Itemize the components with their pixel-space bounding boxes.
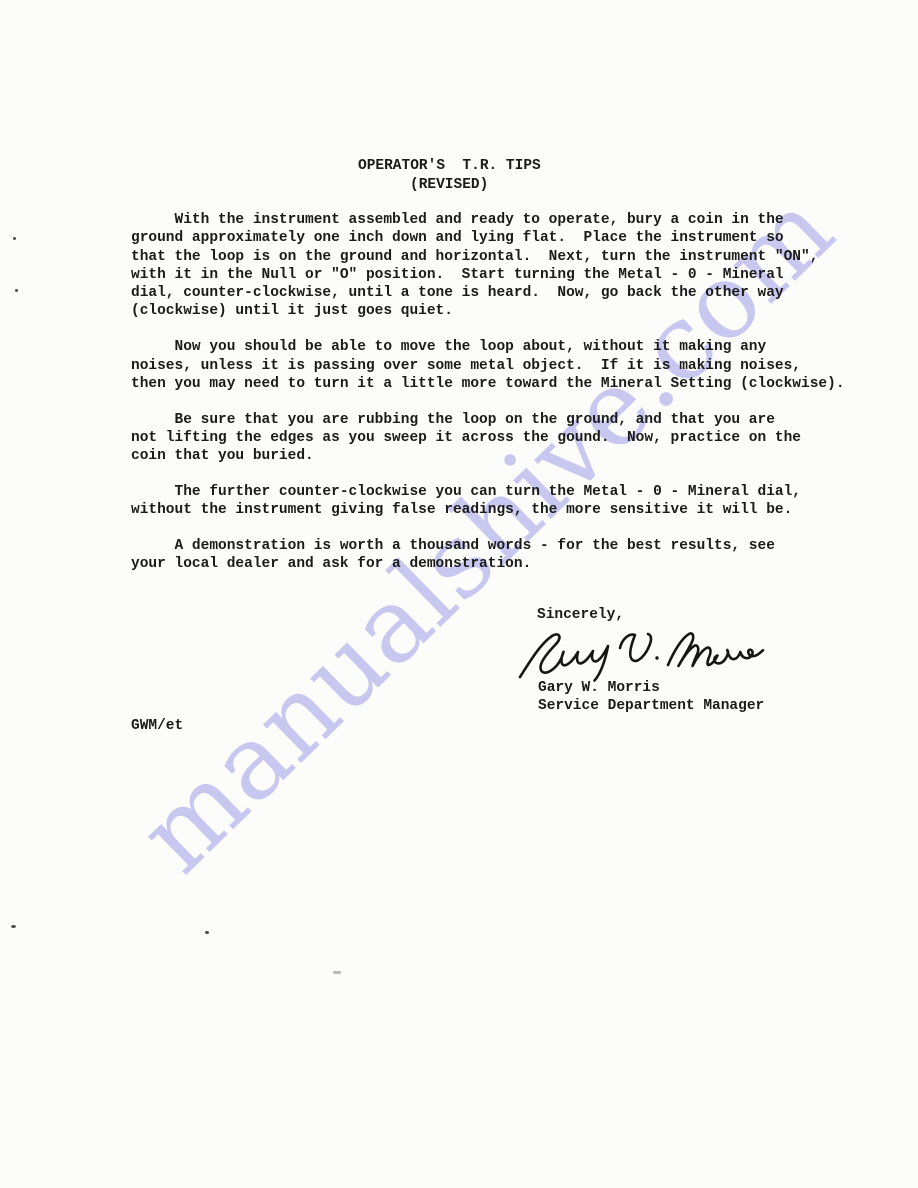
signature-dot <box>655 656 658 659</box>
scan-speck <box>205 931 209 934</box>
scan-speck <box>13 237 16 240</box>
scan-speck <box>333 971 341 974</box>
paragraph-3: Be sure that you are rubbing the loop on… <box>131 411 876 466</box>
signer-title: Service Department Manager <box>538 697 764 715</box>
signature-stroke-morris <box>668 633 763 666</box>
document-subtitle: (REVISED) <box>410 176 488 194</box>
signature-stroke-w <box>620 634 651 661</box>
scanned-letter-page: manualshive.com OPERATOR'S T.R. TIPS (RE… <box>0 0 918 1188</box>
scan-speck <box>15 289 18 292</box>
scan-speck <box>11 925 16 928</box>
signature-handwriting <box>516 624 766 682</box>
letter-content: OPERATOR'S T.R. TIPS (REVISED) With the … <box>0 0 918 1188</box>
signature-stroke-gary <box>520 634 608 680</box>
document-title: OPERATOR'S T.R. TIPS <box>358 157 541 175</box>
paragraph-2: Now you should be able to move the loop … <box>131 338 876 393</box>
letter-body: With the instrument assembled and ready … <box>131 211 876 591</box>
signer-name: Gary W. Morris <box>538 679 660 697</box>
paragraph-1: With the instrument assembled and ready … <box>131 211 876 321</box>
paragraph-4: The further counter-clockwise you can tu… <box>131 483 876 520</box>
closing-salutation: Sincerely, <box>537 606 624 624</box>
reference-initials: GWM/et <box>131 717 183 735</box>
paragraph-5: A demonstration is worth a thousand word… <box>131 537 876 574</box>
